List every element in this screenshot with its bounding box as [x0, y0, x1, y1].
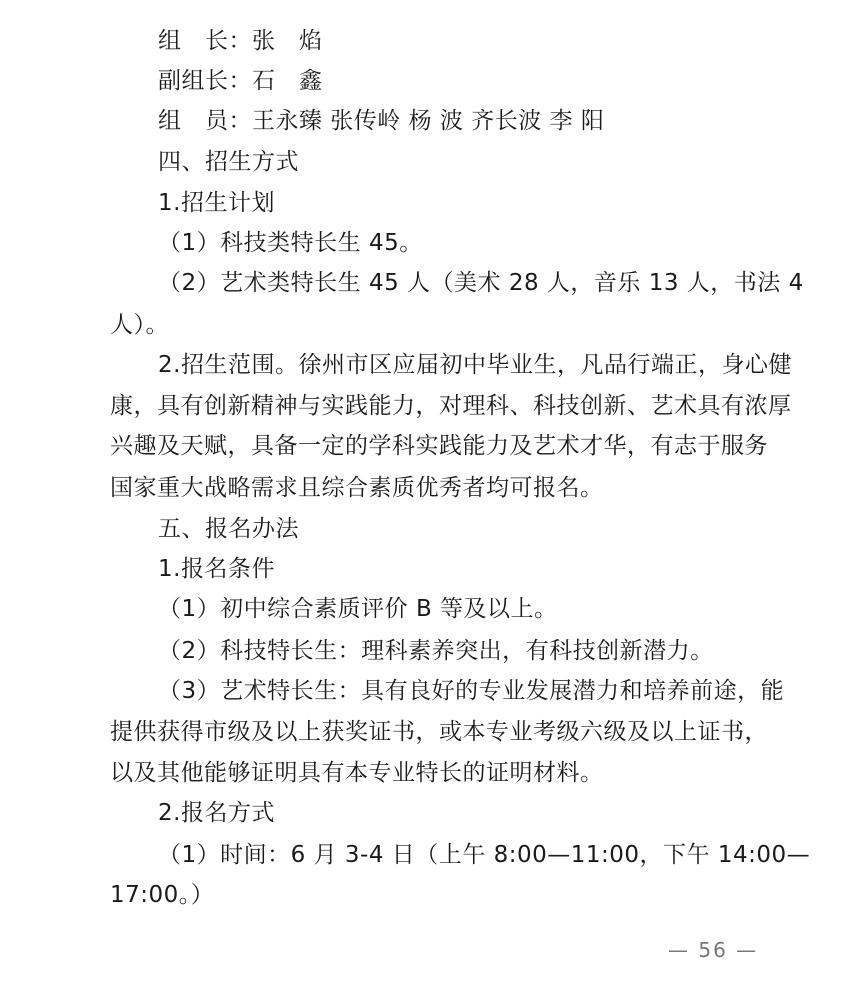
- text-line: 2.报名方式: [158, 798, 275, 828]
- text-line: 1.报名条件: [158, 554, 275, 584]
- text-line: （3）艺术特长生：具有良好的专业发展潜力和培养前途，能: [158, 676, 784, 706]
- text-line: （1）时间：6 月 3-4 日（上午 8:00—11:00，下午 14:00—: [158, 840, 810, 870]
- text-line: 人）。: [110, 310, 169, 340]
- text-line: 1.招生计划: [158, 188, 275, 218]
- page-number: — 56 —: [668, 938, 758, 962]
- text-line: 以及其他能够证明具有本专业特长的证明材料。: [110, 758, 604, 788]
- text-line: 提供获得市级及以上获奖证书，或本专业考级六级及以上证书，: [110, 717, 768, 747]
- text-line: 组 长：张 焰: [158, 26, 323, 56]
- text-line: （1）初中综合素质评价 B 等及以上。: [158, 594, 558, 624]
- text-line: 兴趣及天赋，具备一定的学科实践能力及艺术才华，有志于服务: [110, 431, 768, 461]
- text-line: （2）科技特长生：理科素养突出，有科技创新潜力。: [158, 636, 714, 666]
- text-line: 五、报名办法: [158, 514, 299, 544]
- text-line: （2）艺术类特长生 45 人（美术 28 人，音乐 13 人，书法 4: [158, 268, 804, 298]
- text-line: 组 员：王永臻 张传岭 杨 波 齐长波 李 阳: [158, 106, 604, 136]
- text-line: 康，具有创新精神与实践能力，对理科、科技创新、艺术具有浓厚: [110, 391, 792, 421]
- text-line: 副组长：石 鑫: [158, 66, 323, 96]
- text-line: 国家重大战略需求且综合素质优秀者均可报名。: [110, 473, 604, 503]
- text-line: 四、招生方式: [158, 147, 299, 177]
- text-line: （1）科技类特长生 45。: [158, 228, 423, 258]
- text-line: 2.招生范围。徐州市区应届初中毕业生，凡品行端正，身心健: [158, 350, 792, 380]
- text-line: 17:00。）: [110, 880, 214, 910]
